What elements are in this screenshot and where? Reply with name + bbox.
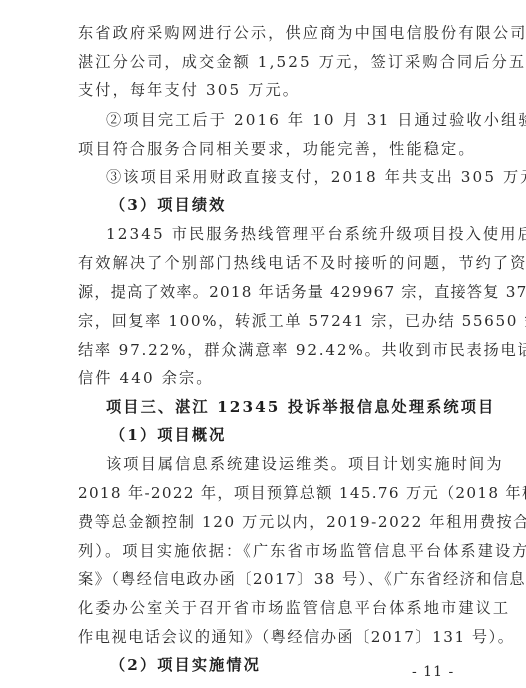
paragraph-line: 有效解决了个别部门热线电话不及时接听的问题，节约了资 xyxy=(78,253,450,273)
paragraph-line: 2018 年-2022 年，项目预算总额 145.76 万元（2018 年租用 xyxy=(78,483,450,503)
paragraph-line: 东省政府采购网进行公示，供应商为中国电信股份有限公司 xyxy=(78,23,450,43)
paragraph-line: 费等总金额控制 120 万元以内，2019-2022 年租用费按合同 xyxy=(78,512,450,532)
page-number: - 11 - xyxy=(412,664,454,680)
paragraph-line: 12345 市民服务热线管理平台系统升级项目投入使用后， xyxy=(106,224,478,244)
paragraph-line: 项目符合服务合同相关要求，功能完善，性能稳定。 xyxy=(78,139,450,159)
paragraph-line: ③该项目采用财政直接支付，2018 年共支出 305 万元。 xyxy=(106,167,478,187)
paragraph-line: 源，提高了效率。2018 年话务量 429967 宗，直接答复 372726 xyxy=(78,282,450,302)
paragraph-line: ②项目完工后于 2016 年 10 月 31 日通过验收小组验收， xyxy=(106,110,478,130)
paragraph-line: 湛江分公司，成交金额 1,525 万元，签订采购合同后分五年 xyxy=(78,52,450,72)
paragraph-line: 列）。项目实施依据：《广东省市场监管信息平台体系建设方 xyxy=(78,541,450,561)
paragraph-line: 支付，每年支付 305 万元。 xyxy=(78,80,450,100)
paragraph-line: 案》（粤经信电政办函〔2017〕38 号）、《广东省经济和信息 xyxy=(78,569,450,589)
section-heading: （3）项目绩效 xyxy=(110,195,482,215)
document-page: 东省政府采购网进行公示，供应商为中国电信股份有限公司 湛江分公司，成交金额 1,… xyxy=(0,0,526,688)
paragraph-line: 信件 440 余宗。 xyxy=(78,368,450,388)
paragraph-line: 宗，回复率 100%，转派工单 57241 宗，已办结 55650 宗，办 xyxy=(78,311,450,331)
paragraph-line: 该项目属信息系统建设运维类。项目计划实施时间为 xyxy=(106,454,478,474)
paragraph-line: 作电视电话会议的通知》（粤经信办函〔2017〕131 号）。 xyxy=(78,627,450,647)
project-heading: 项目三、湛江 12345 投诉举报信息处理系统项目 xyxy=(106,397,478,417)
paragraph-line: 化委办公室关于召开省市场监管信息平台体系地市建议工 xyxy=(78,598,450,618)
section-heading: （1）项目概况 xyxy=(110,425,482,445)
paragraph-line: 结率 97.22%，群众满意率 92.42%。共收到市民表扬电话、 xyxy=(78,340,450,360)
